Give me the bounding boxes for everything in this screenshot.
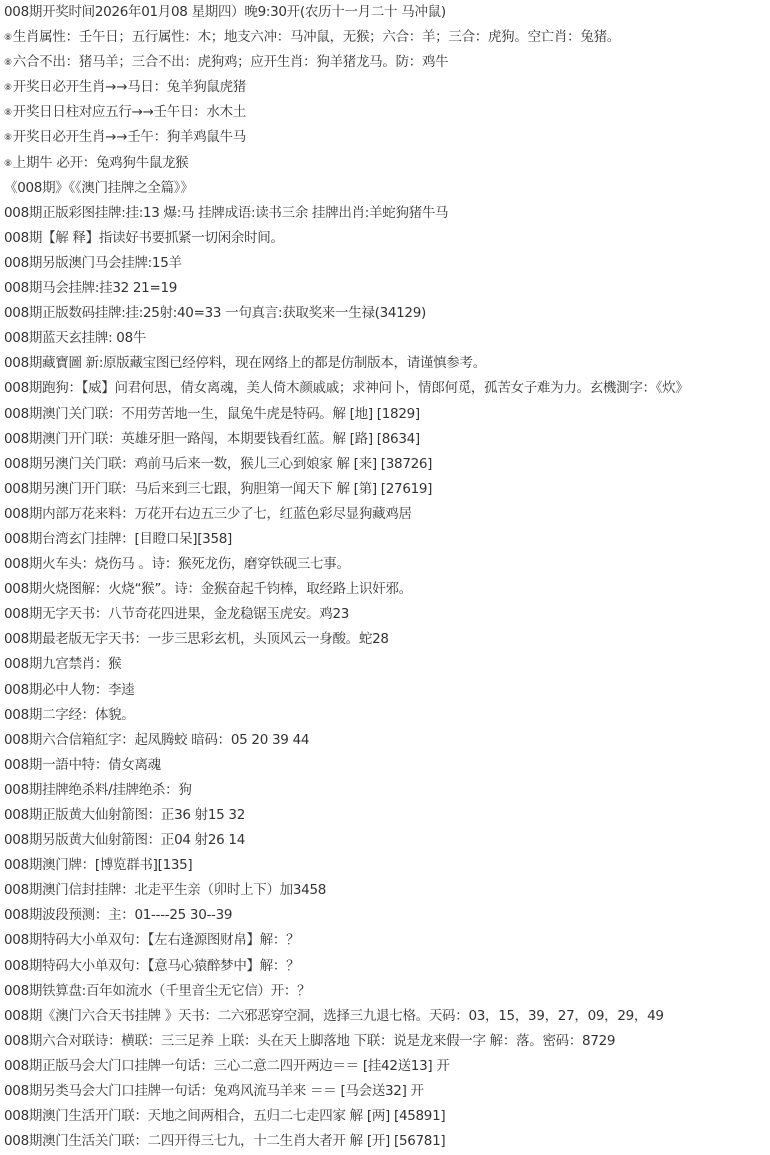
circled-eight-bullet-icon: ⑧: [4, 159, 12, 169]
entry-line: 008期澳门关门联：不用劳苦地一生，鼠兔牛虎是特码。解 [地] [1829]: [4, 402, 770, 427]
entry-line: 008期另类马会大门口挂牌一句话：兔鸡风流马羊来 ＝＝ [马会送32] 开: [4, 1079, 770, 1104]
entry-line: 008期正版数码挂牌:挂:25射:40=33 一句真言:获取奖来一生禄(3412…: [4, 301, 770, 326]
circled-eight-bullet-icon: ⑧: [4, 83, 12, 93]
entry-line: 008期正版马会大门口挂牌一句话：三心二意二四开两边＝＝ [挂42送13] 开: [4, 1054, 770, 1079]
attribute-line: ⑧上期牛 必开：兔鸡狗牛鼠龙猴: [4, 151, 770, 176]
entry-line: 008期一語中特：倩女离魂: [4, 753, 770, 778]
entry-line: 008期澳门开门联：英雄牙胆一路闯，本期要钱看红蓝。解 [路] [8634]: [4, 427, 770, 452]
entry-line: 008期澳门牌：[博览群书][135]: [4, 853, 770, 878]
attribute-line: ⑧六合不出：猪马羊；三合不出：虎狗鸡；应开生肖：狗羊猪龙马。防：鸡牛: [4, 50, 770, 75]
entry-line: 008期六合对联诗：横联：三三足养 上联：头在天上脚落地 下联：说是龙来假一字 …: [4, 1029, 770, 1054]
entry-line: 008期台湾玄门挂牌：[目瞪口呆][358]: [4, 527, 770, 552]
entry-line: 008期正版黄大仙射箭图：正36 射15 32: [4, 803, 770, 828]
attribute-line: ⑧开奖日日柱对应五行→→壬午日：水木土: [4, 100, 770, 125]
entry-line: 008期波段预测：主：01----25 30--39: [4, 903, 770, 928]
entry-line: 008期挂牌绝杀料/挂牌绝杀：狗: [4, 778, 770, 803]
attribute-line: ⑧开奖日必开生肖→→马日：兔羊狗鼠虎猪: [4, 75, 770, 100]
circled-eight-bullet-icon: ⑧: [4, 33, 12, 43]
entry-line: 008期另版澳门马会挂牌:15羊: [4, 251, 770, 276]
entry-line: 008期铁算盘:百年如流水（千里音尘无它信）开：？: [4, 979, 770, 1004]
entry-line: 008期另澳门关门联：鸡前马后来一数，猴儿三心到娘家 解 [来] [38726]: [4, 452, 770, 477]
entry-line: 008期无字天书：八节奇花四进果，金龙稳锯玉虎安。鸡23: [4, 602, 770, 627]
entry-line: 008期澳门生活开门联：天地之间两相合，五归二七走四家 解 [两] [45891…: [4, 1104, 770, 1129]
entry-line: 008期蓝天玄挂牌: 08牛: [4, 326, 770, 351]
entry-line: 008期必中人物：李逵: [4, 678, 770, 703]
circled-eight-bullet-icon: ⑧: [4, 108, 12, 118]
attribute-text: 开奖日日柱对应五行→→壬午日：水木土: [13, 104, 246, 120]
entry-line: 008期特码大小单双句：【左右逢源图财帛】解：？: [4, 928, 770, 953]
entry-line: 008期六合信箱紅字：起凤腾蛟 暗码：05 20 39 44: [4, 728, 770, 753]
entry-line: 008期九宫禁肖：猴: [4, 652, 770, 677]
entry-line: 008期最老版无字天书：一步三思彩玄机，头顶风云一身酸。蛇28: [4, 627, 770, 652]
entry-line: 008期另版黄大仙射箭图：正04 射26 14: [4, 828, 770, 853]
entry-line: 008期澳门信封挂牌：北走平生亲（卯时上下）加3458: [4, 878, 770, 903]
attribute-line: ⑧生肖属性：壬午日；五行属性：木；地支六冲：马冲鼠，无猴；六合：羊；三合：虎狗。…: [4, 25, 770, 50]
entry-line: 008期另澳门开门联：马后来到三七跟，狗胆第一闻天下 解 [第] [27619]: [4, 477, 770, 502]
entry-line: 008期《澳门六合天书挂牌 》天书：二六邪恶穿空洞，选择三九退七格。天码：03，…: [4, 1004, 770, 1029]
circled-eight-bullet-icon: ⑧: [4, 58, 12, 68]
entry-line: 008期跑狗：【威】问君何思，倩女离魂，美人倚木颜戚戚；求神问卜，情郎何觅，孤苦…: [4, 376, 770, 401]
entry-line: 008期澳门生活关门联：二四开得三七九，十二生肖大者开 解 [开] [56781…: [4, 1129, 770, 1154]
draw-time-line: 008期开奖时间2026年01月08 星期四）晚9:30开(农历十一月二十 马冲…: [4, 0, 770, 25]
entry-line: 008期火车头：烧伤马 。诗：猴死龙伤，磨穿铁砚三七事。: [4, 552, 770, 577]
entry-line: 008期特码大小单双句：【意马心猿醉梦中】解：？: [4, 954, 770, 979]
section-title: 《008期》《《澳门挂牌之全篇》》: [4, 176, 770, 201]
entry-line: 008期【解 释】指读好书要抓紧一切闲余时间。: [4, 226, 770, 251]
attribute-line: ⑧开奖日必开生肖→→壬午：狗羊鸡鼠牛马: [4, 125, 770, 150]
attribute-text: 六合不出：猪马羊；三合不出：虎狗鸡；应开生肖：狗羊猪龙马。防：鸡牛: [13, 54, 449, 70]
entry-line: 008期二字经：体貌。: [4, 703, 770, 728]
entry-line: 008期火烧图解：火烧“猴”。诗：金猴奋起千钧棒，取经路上识奸邪。: [4, 577, 770, 602]
entry-line: 008期马会挂牌:挂32 21=19: [4, 276, 770, 301]
attribute-text: 上期牛 必开：兔鸡狗牛鼠龙猴: [13, 155, 189, 171]
attribute-text: 开奖日必开生肖→→马日：兔羊狗鼠虎猪: [13, 79, 246, 95]
circled-eight-bullet-icon: ⑧: [4, 133, 12, 143]
attribute-text: 生肖属性：壬午日；五行属性：木；地支六冲：马冲鼠，无猴；六合：羊；三合：虎狗。空…: [13, 29, 620, 45]
attribute-text: 开奖日必开生肖→→壬午：狗羊鸡鼠牛马: [13, 129, 246, 145]
entry-line: 008期正版彩图挂牌:挂:13 爆:马 挂牌成语:读书三余 挂牌出肖:羊蛇狗猪牛…: [4, 201, 770, 226]
entry-line: 008期藏寶圖 新:原版藏宝图已经停料，现在网络上的都是仿制版本，请谨慎参考。: [4, 351, 770, 376]
article-body: 008期开奖时间2026年01月08 星期四）晚9:30开(农历十一月二十 马冲…: [0, 0, 770, 1154]
entry-line: 008期内部万花来料：万花开右边五三少了七，红蓝色彩尽显狗藏鸡居: [4, 502, 770, 527]
